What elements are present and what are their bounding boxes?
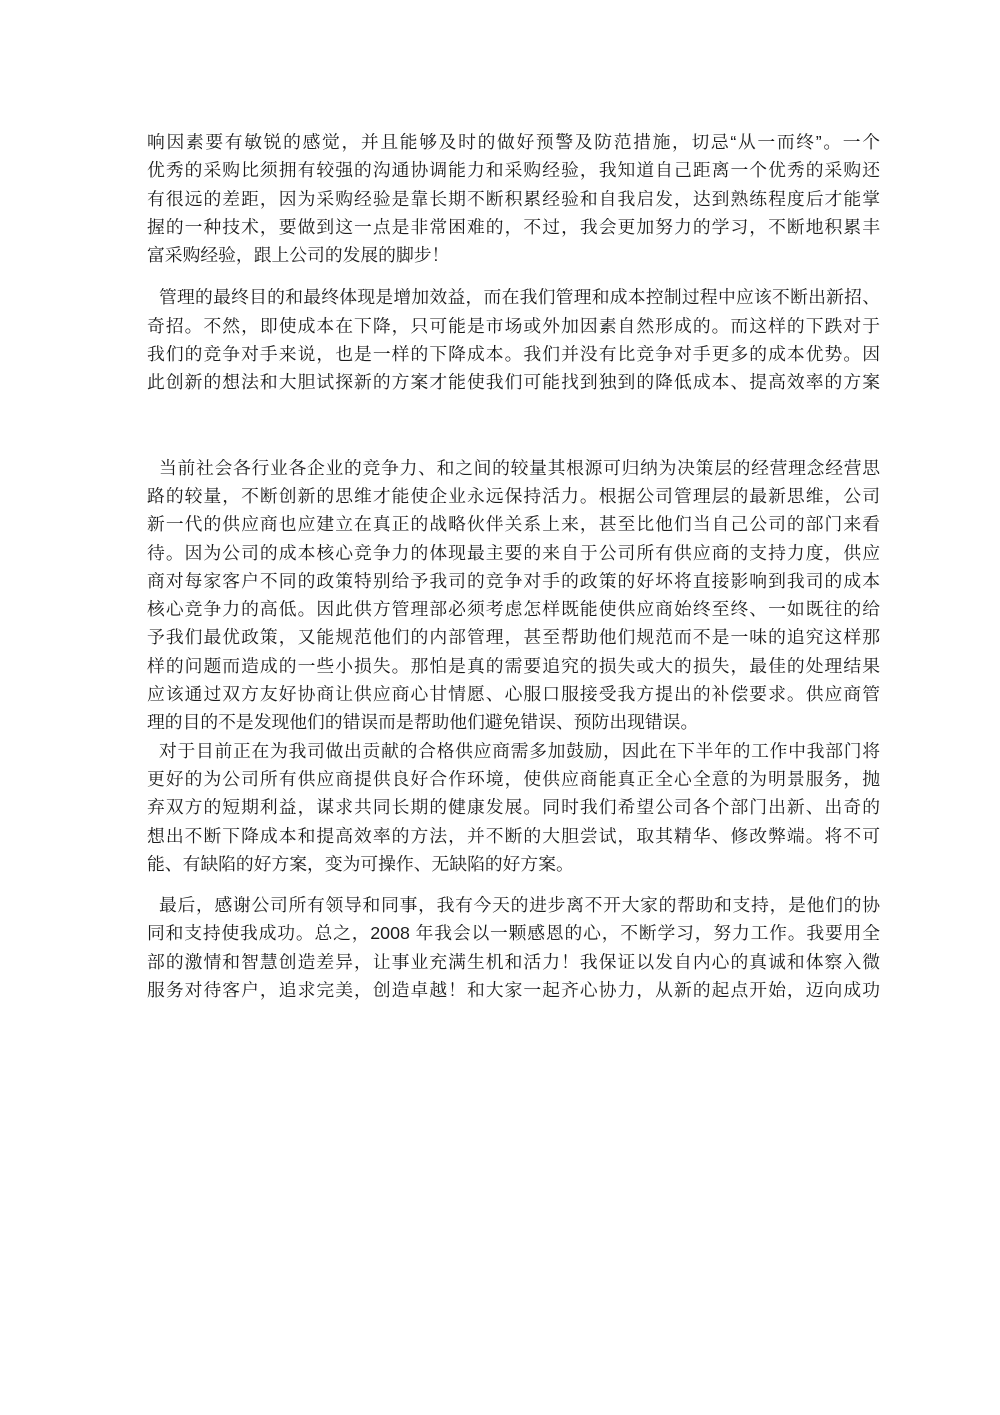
text-line: 此创新的想法和大胆试探新的方案才能使我们可能找到独到的降低成本、提高效率的方案 bbox=[147, 368, 880, 396]
text-line: 富采购经验，跟上公司的发展的脚步！ bbox=[147, 241, 880, 269]
text-line: 优秀的采购比须拥有较强的沟通协调能力和采购经验，我知道自己距离一个优秀的采购还 bbox=[147, 156, 880, 184]
paragraph: 当前社会各行业各企业的竞争力、和之间的较量其根源可归纳为决策层的经营理念经营思 … bbox=[147, 454, 880, 737]
text-line: 样的问题而造成的一些小损失。那怕是真的需要追究的损失或大的损失，最佳的处理结果 bbox=[147, 652, 880, 680]
paragraph: 响因素要有敏锐的感觉，并且能够及时的做好预警及防范措施，切忌“从一而终”。一个 … bbox=[147, 128, 880, 269]
text-line: 理的目的不是发现他们的错误而是帮助他们避免错误、预防出现错误。 bbox=[147, 708, 880, 736]
text-line: 我们的竞争对手来说，也是一样的下降成本。我们并没有比竞争对手更多的成本优势。因 bbox=[147, 340, 880, 368]
text-line: 管理的最终目的和最终体现是增加效益，而在我们管理和成本控制过程中应该不断出新招、 bbox=[147, 283, 880, 311]
text-line: 握的一种技术，要做到这一点是非常困难的，不过，我会更加努力的学习，不断地积累丰 bbox=[147, 213, 880, 241]
text-line: 部的激情和智慧创造差异，让事业充满生机和活力！我保证以发自内心的真诚和体察入微 bbox=[147, 948, 880, 976]
text-line: 新一代的供应商也应建立在真正的战略伙伴关系上来，甚至比他们当自己公司的部门来看 bbox=[147, 510, 880, 538]
text-line: 奇招。不然，即使成本在下降，只可能是市场或外加因素自然形成的。而这样的下跌对于 bbox=[147, 312, 880, 340]
text-line: 有很远的差距，因为采购经验是靠长期不断积累经验和自我启发，达到熟练程度后才能掌 bbox=[147, 185, 880, 213]
text-line: 路的较量，不断创新的思维才能使企业永远保持活力。根据公司管理层的最新思维，公司 bbox=[147, 482, 880, 510]
text-line: 想出不断下降成本和提高效率的方法，并不断的大胆尝试，取其精华、修改弊端。将不可 bbox=[147, 822, 880, 850]
document-page: 响因素要有敏锐的感觉，并且能够及时的做好预警及防范措施，切忌“从一而终”。一个 … bbox=[0, 0, 1000, 1415]
paragraph: 最后，感谢公司所有领导和同事，我有今天的进步离不开大家的帮助和支持，是他们的协 … bbox=[147, 891, 880, 1004]
text-line: 当前社会各行业各企业的竞争力、和之间的较量其根源可归纳为决策层的经营理念经营思 bbox=[147, 454, 880, 482]
text-line: 核心竞争力的高低。因此供方管理部必须考虑怎样既能使供应商始终至终、一如既往的给 bbox=[147, 595, 880, 623]
text-line: 商对每家客户不同的政策特别给予我司的竞争对手的政策的好坏将直接影响到我司的成本 bbox=[147, 567, 880, 595]
text-line: 弃双方的短期利益，谋求共同长期的健康发展。同时我们希望公司各个部门出新、出奇的 bbox=[147, 793, 880, 821]
text-line: 同和支持使我成功。总之，2008 年我会以一颗感恩的心，不断学习，努力工作。我要… bbox=[147, 919, 880, 947]
text-line: 更好的为公司所有供应商提供良好合作环境，使供应商能真正全心全意的为明景服务，抛 bbox=[147, 765, 880, 793]
paragraph: 对于目前正在为我司做出贡献的合格供应商需多加鼓励，因此在下半年的工作中我部门将 … bbox=[147, 737, 880, 878]
text-line: 最后，感谢公司所有领导和同事，我有今天的进步离不开大家的帮助和支持，是他们的协 bbox=[147, 891, 880, 919]
text-line: 能、有缺陷的好方案，变为可操作、无缺陷的好方案。 bbox=[147, 850, 880, 878]
text-line: 响因素要有敏锐的感觉，并且能够及时的做好预警及防范措施，切忌“从一而终”。一个 bbox=[147, 128, 880, 156]
text-line: 待。因为公司的成本核心竞争力的体现最主要的来自于公司所有供应商的支持力度，供应 bbox=[147, 539, 880, 567]
document-text-block: 响因素要有敏锐的感觉，并且能够及时的做好预警及防范措施，切忌“从一而终”。一个 … bbox=[147, 128, 880, 1004]
text-line: 对于目前正在为我司做出贡献的合格供应商需多加鼓励，因此在下半年的工作中我部门将 bbox=[147, 737, 880, 765]
paragraph: 管理的最终目的和最终体现是增加效益，而在我们管理和成本控制过程中应该不断出新招、… bbox=[147, 283, 880, 396]
text-line: 予我们最优政策，又能规范他们的内部管理，甚至帮助他们规范而不是一味的追究这样那 bbox=[147, 623, 880, 651]
text-line: 服务对待客户，追求完美，创造卓越！和大家一起齐心协力，从新的起点开始，迈向成功 bbox=[147, 976, 880, 1004]
text-line: 应该通过双方友好协商让供应商心甘情愿、心服口服接受我方提出的补偿要求。供应商管 bbox=[147, 680, 880, 708]
